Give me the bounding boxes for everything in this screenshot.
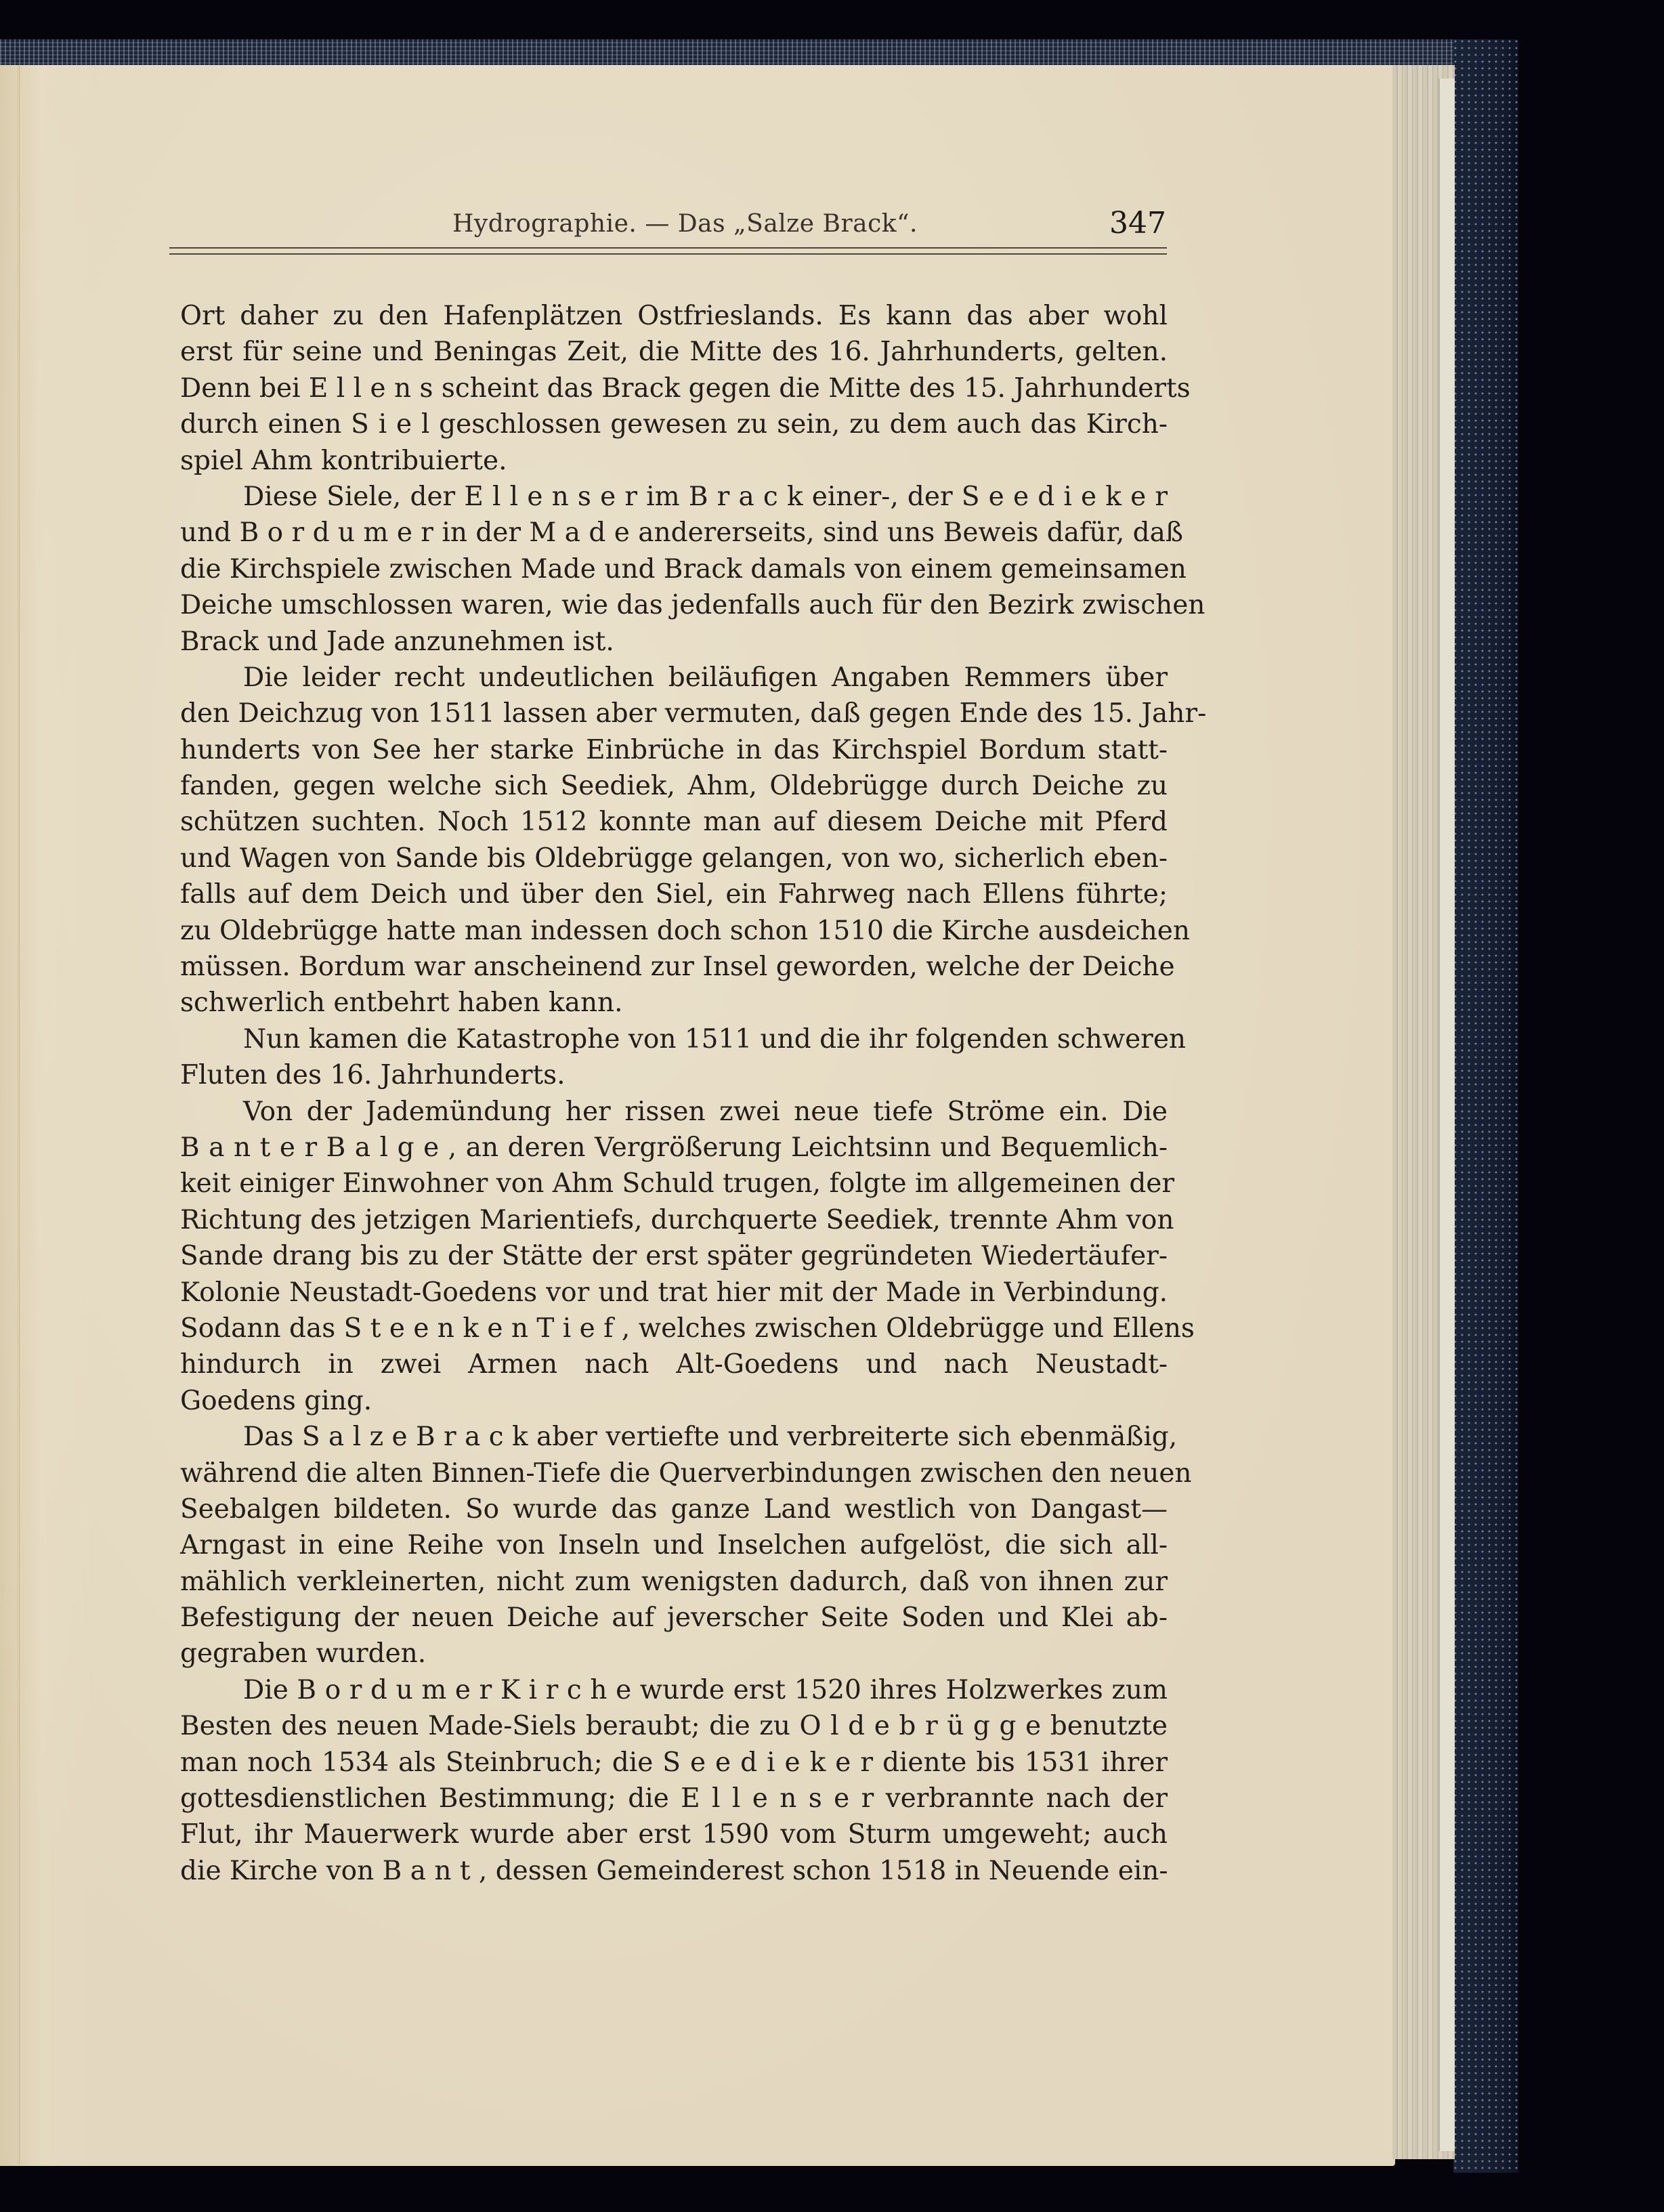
text-line: falls auf dem Deich und über den Siel, e… <box>180 876 1168 912</box>
text-line: Von der Jademündung her rissen zwei neue… <box>180 1094 1168 1130</box>
text-line: Brack und Jade anzunehmen ist. <box>180 624 1168 660</box>
text-line: Seebalgen bildeten. So wurde das ganze L… <box>180 1491 1168 1527</box>
text-line: die Kirche von B a n t , dessen Gemeinde… <box>180 1853 1168 1889</box>
text-line: man noch 1534 als Steinbruch; die S e e … <box>180 1745 1168 1781</box>
text-line: Flut, ihr Mauerwerk wurde aber erst 1590… <box>180 1816 1168 1852</box>
text-line: erst für seine und Beningas Zeit, die Mi… <box>180 334 1168 370</box>
text-line: Besten des neuen Made-Siels beraubt; die… <box>180 1708 1168 1744</box>
page-edges-stack <box>1392 65 1455 2159</box>
text-line: gegraben wurden. <box>180 1636 1168 1672</box>
text-line: Denn bei E l l e n s scheint das Brack g… <box>180 370 1168 406</box>
text-line: den Deichzug von 1511 lassen aber vermut… <box>180 696 1168 731</box>
text-line: Nun kamen die Katastrophe von 1511 und d… <box>180 1021 1168 1057</box>
text-line: Fluten des 16. Jahrhunderts. <box>180 1057 1168 1093</box>
paragraph: Das S a l z e B r a c k aber vertiefte u… <box>180 1419 1168 1672</box>
text-line: Deiche umschlossen waren, wie das jedenf… <box>180 587 1168 623</box>
paragraph: Nun kamen die Katastrophe von 1511 und d… <box>180 1021 1168 1094</box>
header-double-rule <box>169 247 1167 255</box>
text-line: Ort daher zu den Hafenplätzen Ostfriesla… <box>180 298 1168 334</box>
paragraph: Die B o r d u m e r K i r c h e wurde er… <box>180 1672 1168 1889</box>
text-line: spiel Ahm kontribuierte. <box>180 443 1168 479</box>
paragraph: Die leider recht undeutlichen beiläufige… <box>180 660 1168 1021</box>
text-line: hindurch in zwei Armen nach Alt-Goedens … <box>180 1346 1168 1382</box>
text-line: durch einen S i e l geschlossen gewesen … <box>180 406 1168 442</box>
text-line: schützen suchten. Noch 1512 konnte man a… <box>180 804 1168 840</box>
text-line: Das S a l z e B r a c k aber vertiefte u… <box>180 1419 1168 1455</box>
text-line: die Kirchspiele zwischen Made und Brack … <box>180 551 1168 587</box>
text-line: Sande drang bis zu der Stätte der erst s… <box>180 1238 1168 1274</box>
text-line: Diese Siele, der E l l e n s e r im B r … <box>180 479 1168 515</box>
text-line: Arngast in eine Reihe von Inseln und Ins… <box>180 1527 1168 1563</box>
text-line: Kolonie Neustadt-Goedens vor und trat hi… <box>180 1275 1168 1311</box>
text-line: Goedens ging. <box>180 1383 1168 1419</box>
text-line: Richtung des jetzigen Marientiefs, durch… <box>180 1202 1168 1238</box>
text-line: hunderts von See her starke Einbrüche in… <box>180 732 1168 768</box>
text-line: müssen. Bordum war anscheinend zur Insel… <box>180 949 1168 985</box>
running-head-title: Hydrographie. — Das „Salze Brack“. <box>452 210 918 238</box>
book-cover-top-edge <box>0 39 1517 68</box>
paragraph: Ort daher zu den Hafenplätzen Ostfriesla… <box>180 298 1168 479</box>
text-line: fanden, gegen welche sich Seediek, Ahm, … <box>180 768 1168 804</box>
paragraph: Diese Siele, der E l l e n s e r im B r … <box>180 479 1168 660</box>
page-number: 347 <box>1109 206 1166 240</box>
text-line: B a n t e r B a l g e , an deren Vergröß… <box>180 1130 1168 1166</box>
text-line: Die leider recht undeutlichen beiläufige… <box>180 660 1168 696</box>
text-line: zu Oldebrügge hatte man indessen doch sc… <box>180 913 1168 949</box>
text-line: Die B o r d u m e r K i r c h e wurde er… <box>180 1672 1168 1708</box>
body-text: Ort daher zu den Hafenplätzen Ostfriesla… <box>180 298 1168 1889</box>
text-line: während die alten Binnen-Tiefe die Querv… <box>180 1455 1168 1491</box>
book-cover-spine-edge <box>1453 39 1518 2173</box>
text-line: Sodann das S t e e n k e n T i e f , wel… <box>180 1311 1168 1346</box>
text-line: keit einiger Einwohner von Ahm Schuld tr… <box>180 1166 1168 1201</box>
running-head: Hydrographie. — Das „Salze Brack“. 347 <box>452 206 1166 247</box>
text-line: und Wagen von Sande bis Oldebrügge gelan… <box>180 841 1168 876</box>
paragraph: Von der Jademündung her rissen zwei neue… <box>180 1094 1168 1420</box>
text-line: mählich verkleinerten, nicht zum wenigst… <box>180 1564 1168 1600</box>
text-line: schwerlich entbehrt haben kann. <box>180 985 1168 1021</box>
text-line: und B o r d u m e r in der M a d e ander… <box>180 515 1168 551</box>
text-line: Befestigung der neuen Deiche auf jeversc… <box>180 1600 1168 1636</box>
gutter-crease <box>18 65 20 2165</box>
text-line: gottesdienstlichen Bestimmung; die E l l… <box>180 1781 1168 1816</box>
